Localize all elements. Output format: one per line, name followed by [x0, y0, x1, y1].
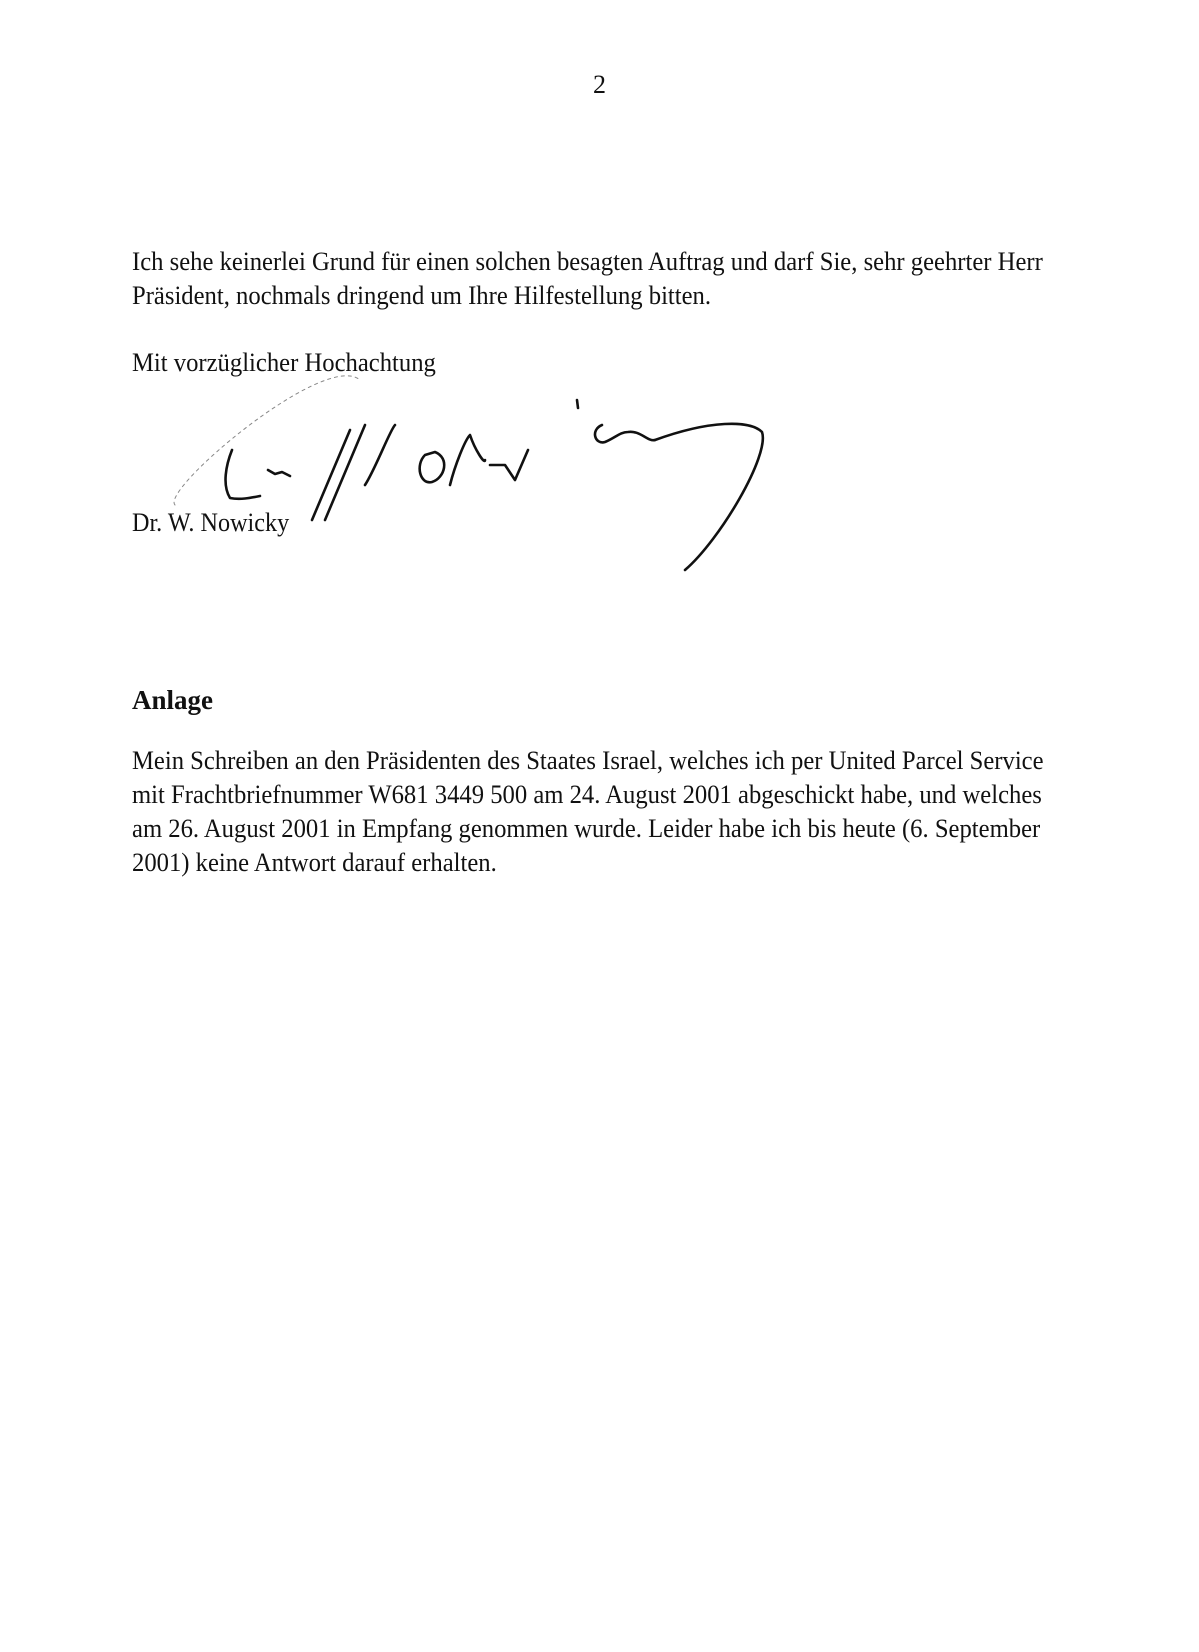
page-number: 2 [0, 70, 1199, 100]
handwritten-signature [150, 370, 830, 580]
body-paragraph: Ich sehe keinerlei Grund für einen solch… [132, 244, 1071, 312]
enclosure-heading: Anlage [132, 685, 213, 716]
enclosure-paragraph: Mein Schreiben an den Präsidenten des St… [132, 743, 1062, 879]
signer-name: Dr. W. Nowicky [132, 508, 289, 538]
